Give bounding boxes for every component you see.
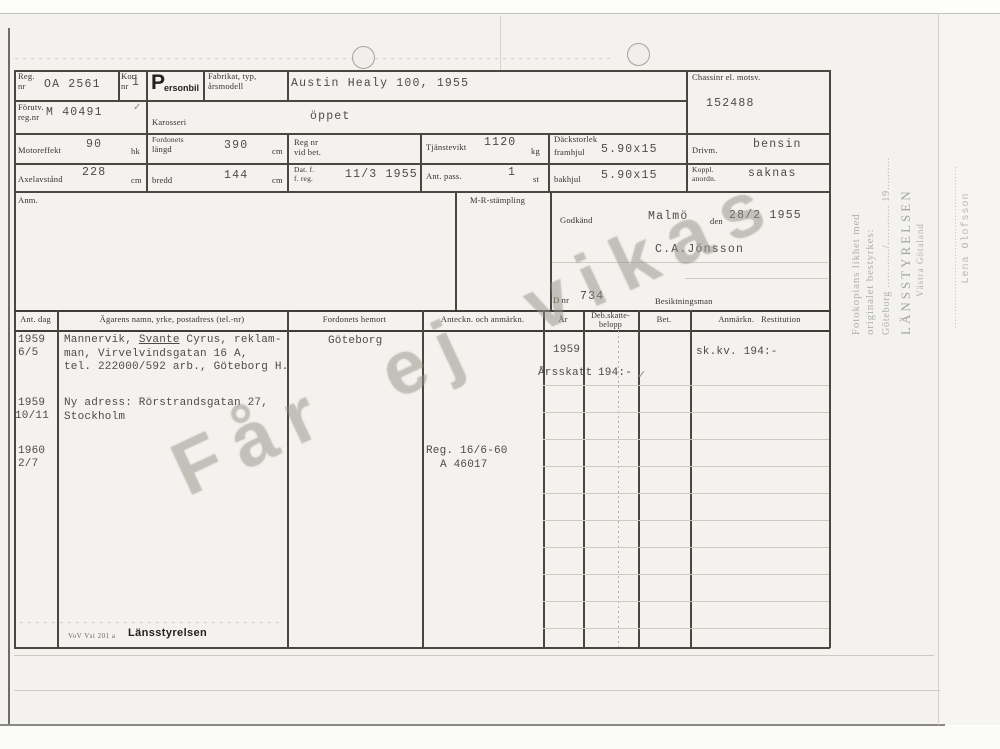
pen-tick-mark: ✓ [133,102,141,113]
scan-bottom-margin [0,726,1000,749]
row1-arsskatt-label: Årsskatt [538,367,592,380]
certifier-signature: ........................................… [948,93,978,328]
table-col-border [583,310,585,648]
forutv-regnr-label: Förutv.reg.nr [18,103,44,123]
table-col-border [543,310,545,648]
row2-bottom-border [14,133,830,135]
drivm-value: bensin [753,138,802,151]
axelavstand-unit: cm [131,176,142,186]
perforation-line [15,58,615,59]
reg-nr-value: OA 2561 [44,78,101,91]
bredd-value: 144 [224,169,248,182]
ant-pass-value: 1 [508,166,516,179]
row1-date: 19596/5 [18,334,45,359]
dat-f-reg-value: 11/3 1955 [345,168,418,181]
header-bet: Bet. [638,315,690,325]
chassinr-value: 152488 [706,97,755,110]
ant-pass-label: Ant. pass. [426,172,462,182]
anm-label: Anm. [18,196,38,206]
cell-border [686,70,688,191]
paper-left-edge [8,28,10,726]
paid-check-mark: ✓ [637,368,646,381]
fabrikat-label: Fabrikat, typ,årsmodell [208,72,256,92]
cell-border [420,133,422,191]
header-ant-dag: Ant. dag [14,315,57,325]
row1-bottom-border [14,100,686,102]
form-right-border [829,70,831,648]
dat-f-reg-label: Dat. f.f. reg. [294,166,314,183]
bredd-label: bredd [152,176,172,186]
issuing-authority: Länsstyrelsen [128,627,207,639]
ruled-line [543,547,829,548]
ruled-line [543,601,829,602]
motoreffekt-unit: hk [131,147,140,157]
framhjul-value: 5.90x15 [601,143,658,156]
cell-border [287,133,289,191]
form-code: VoV Vst 201 a [68,632,116,640]
fabrikat-value: Austin Healy 100, 1955 [291,77,469,90]
reg-nr-label: Reg.nr [18,72,35,92]
godkand-label: Godkänd [560,216,593,226]
header-agarens-namn: Ägarens namn, yrke, postadress (tel.-nr) [57,315,287,325]
cert-authority-line: LÄNSSTYRELSEN [898,100,914,335]
axelavstand-value: 228 [82,166,106,179]
tjanstevikt-value: 1120 [484,136,516,149]
ruled-line [543,439,829,440]
karosseri-value: öppet [310,110,351,123]
card-lower-edge [14,655,934,656]
punch-hole-left [352,46,375,69]
mr-box-left-border [455,191,457,310]
paper-top-edge [0,13,1000,14]
row2-date: 195910/11 [15,397,49,422]
personbil-initial: P [151,71,165,95]
punch-hole-right [627,43,650,66]
form-left-border [14,70,16,648]
ruled-line [543,385,829,386]
regnr-vid-bet-label: Reg nrvid bet. [294,138,321,158]
cell-border [548,133,550,191]
ruled-line [543,574,829,575]
table-col-border [57,310,59,648]
fold-crease [500,16,501,70]
tjanstevikt-unit: kg [531,147,540,157]
cell-border [118,70,120,100]
framhjul-label: framhjul [554,148,585,158]
footer-dashed-line [20,622,280,623]
row1-arsskatt-value: 194:- [598,367,632,380]
forutv-regnr-value: M 40491 [46,106,103,119]
ruled-line [543,466,829,467]
scan-artifact-line [14,690,940,691]
row3-anteckn: Reg. 16/6-60A 46017 [426,445,508,472]
ruled-line [543,493,829,494]
karosseri-label: Karosseri [152,118,186,128]
kort-nr-value: 1 [132,76,140,89]
cert-line-1: Fotokopians likhet med [850,100,864,335]
langd-label: Fordonetslängd [152,136,184,154]
ruled-line [543,520,829,521]
dackstorlek-label: Däckstorlek [554,135,597,145]
langd-unit: cm [272,147,283,157]
cell-border [287,70,289,100]
drivm-label: Drivm. [692,146,718,156]
motoreffekt-label: Motoreffekt [18,146,61,156]
table-col-border [690,310,692,648]
mr-stampling-label: M-R-stämpling [470,196,525,206]
cell-border [146,70,148,191]
tjanstevikt-label: Tjänstevikt [426,143,466,153]
paper-bottom-edge [0,724,945,726]
bredd-unit: cm [272,176,283,186]
certification-stamp: Fotokopians likhet med originalet bestyr… [850,100,930,335]
chassinr-label: Chassinr el. motsv. [692,73,760,83]
cert-line-2: originalet bestyrkes: [864,100,878,335]
personbil-label: ersonbil [164,83,199,93]
ruled-line [543,628,829,629]
bakhjul-label: bakhjul [554,175,581,185]
bakhjul-value: 5.90x15 [601,169,658,182]
cell-border [203,70,205,100]
paper-right-edge [938,13,939,725]
ruled-line [543,412,829,413]
signature-dotted-line: ........................................… [948,93,960,328]
signature-name: Lena Olofsson [960,148,973,328]
cert-region-line: Västra Götaland [915,185,926,335]
header-anmarkn-restitution: Anmärkn. Restitution [690,315,829,325]
row3-date: 19602/7 [18,445,45,470]
table-col-border [638,310,640,648]
row1-anmarkn: sk.kv. 194:- [696,346,778,359]
ant-pass-unit: st [533,175,539,185]
row1-owner: Mannervik, Svante Cyrus, reklam-man, Vir… [64,334,288,375]
motoreffekt-value: 90 [86,138,102,151]
axelavstand-label: Axelavstånd [18,175,63,185]
cert-place-date-line: Göteborg ............/............ 19...… [881,100,894,335]
langd-value: 390 [224,139,248,152]
